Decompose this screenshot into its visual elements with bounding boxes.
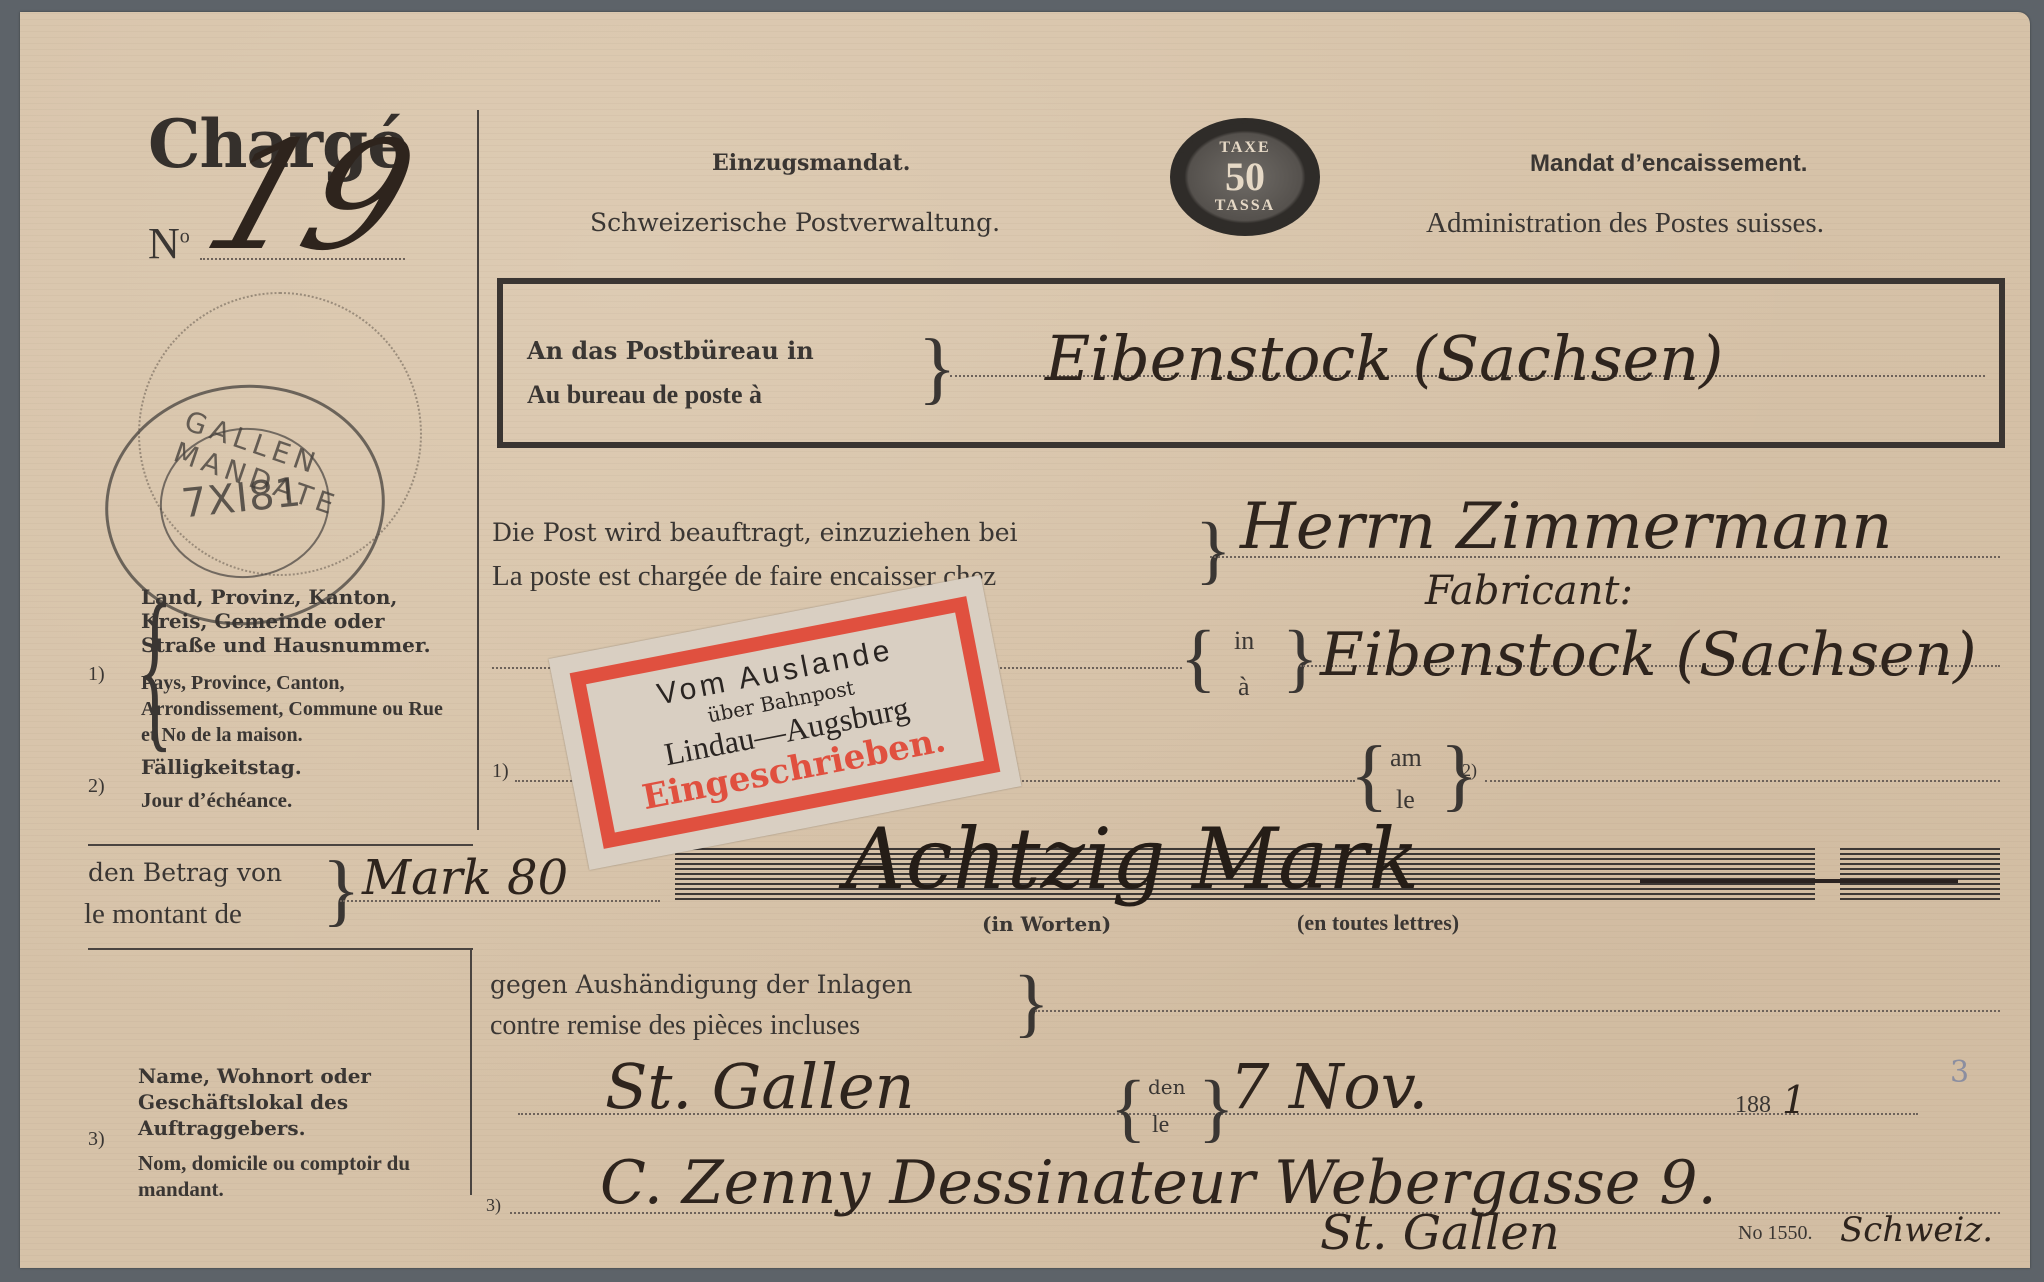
signature-year-prefix: 188	[1735, 1092, 1771, 1119]
amount-top-rule	[88, 844, 473, 846]
sender-line2: St. Gallen	[1320, 1205, 1560, 1261]
payer-place: Eibenstock (Sachsen)	[1320, 620, 1976, 690]
signature-den-brace-right: }	[1198, 1070, 1234, 1146]
amount-words-field-end	[1840, 848, 2000, 903]
signature-le-label: le	[1152, 1112, 1169, 1139]
note1-de: Land, Provinz, Kanton, Kreis, Gemeinde o…	[141, 585, 461, 657]
left-column-divider-lower	[470, 950, 472, 1195]
due-brace-left: {	[1350, 735, 1388, 815]
destination-brace: }	[918, 328, 956, 408]
note1-marker: 1)	[88, 663, 105, 686]
tax-stamp-bottom: TASSA	[1215, 197, 1275, 215]
signature-date: 7 Nov.	[1230, 1050, 1428, 1123]
amount-words: Achtzig Mark	[845, 810, 1419, 908]
amount-figure: Mark 80	[362, 850, 568, 906]
destination-value: Eibenstock (Sachsen)	[1045, 322, 1723, 395]
sender-country: Schweiz.	[1840, 1210, 1993, 1250]
note3-fr: Nom, domicile ou comptoir du mandant.	[138, 1150, 458, 1202]
note1-fr: Pays, Province, Canton, Arrondissement, …	[141, 670, 461, 748]
destination-label-de: An das Postbüreau in	[527, 336, 814, 365]
amount-label-fr: le montant de	[84, 898, 242, 931]
destination-label-fr: Au bureau de poste à	[527, 380, 762, 410]
signature-den-label: den	[1148, 1075, 1186, 1099]
tax-stamp-value: 50	[1225, 157, 1265, 197]
signature-den-brace-left: {	[1110, 1070, 1146, 1146]
amount-words-strike	[1640, 879, 1958, 883]
signature-place: St. Gallen	[605, 1050, 915, 1123]
tax-stamp-50: TAXE 50 TASSA	[1170, 118, 1320, 236]
due-marker-1: 1)	[492, 760, 509, 783]
due-line-right	[1485, 780, 2000, 782]
note2-fr: Jour d’échéance.	[141, 788, 292, 813]
note3-de: Name, Wohnort oder Geschäftslokal des Au…	[138, 1063, 458, 1141]
note3-marker: 3)	[88, 1128, 105, 1151]
german-admin: Schweizerische Postverwaltung.	[590, 208, 1000, 237]
payer-brace: }	[1195, 512, 1231, 588]
payer-occupation: Fabricant:	[1425, 568, 1633, 614]
due-marker-2: 2)	[1462, 760, 1477, 781]
amount-bottom-rule	[88, 948, 473, 950]
payer-in-label-de: in	[1234, 626, 1254, 656]
note2-de: Fälligkeitstag.	[141, 755, 302, 779]
french-title: Mandat d’encaissement.	[1530, 150, 1807, 178]
postmark-date: 7XI81	[179, 469, 304, 527]
german-title: Einzugsmandat.	[712, 150, 910, 176]
signature-year-suffix: 1	[1782, 1078, 1806, 1122]
enclosures-line	[1035, 1010, 2000, 1012]
enclosures-brace: }	[1013, 965, 1049, 1041]
french-admin: Administration des Postes suisses.	[1426, 207, 1824, 240]
payer-in-brace-left: {	[1180, 620, 1216, 696]
number-label: No	[148, 218, 190, 269]
amount-words-label-fr: (en toutes lettres)	[1297, 910, 1459, 936]
payer-name: Herrn Zimmermann	[1240, 490, 1893, 564]
due-am-label: am	[1390, 743, 1422, 773]
payer-in-label-fr: à	[1238, 672, 1250, 702]
form-number: No 1550.	[1738, 1222, 1812, 1245]
enclosures-label-fr: contre remise des pièces incluses	[490, 1010, 860, 1042]
amount-brace: }	[322, 850, 360, 930]
sender-marker: 3)	[486, 1195, 501, 1216]
enclosures-label-de: gegen Aushändigung der Inlagen	[490, 970, 912, 999]
amount-label-de: den Betrag von	[88, 858, 282, 887]
amount-words-label-de: (in Worten)	[982, 912, 1111, 936]
pencil-mark: 3	[1950, 1055, 1969, 1090]
payer-in-brace-right: }	[1282, 620, 1318, 696]
payer-label-de: Die Post wird beauftragt, einzuziehen be…	[492, 518, 1018, 547]
note2-marker: 2)	[88, 775, 105, 798]
left-column-divider	[477, 110, 479, 830]
